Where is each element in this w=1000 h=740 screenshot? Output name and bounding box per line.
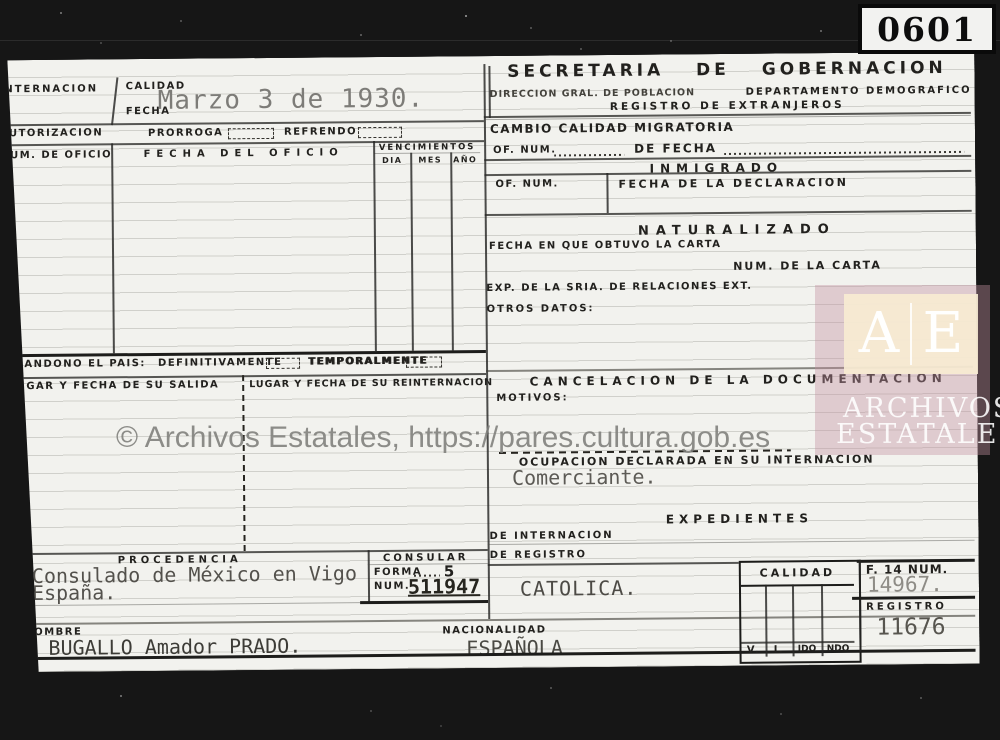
religion-value: CATOLICA. bbox=[520, 576, 638, 601]
temporalmente-checkbox bbox=[406, 356, 442, 367]
secretaria-title: SECRETARIA DE GOBERNACION bbox=[483, 58, 970, 82]
definitivamente-checkbox bbox=[266, 358, 300, 369]
section-line bbox=[360, 600, 488, 604]
dia-label: DIA bbox=[374, 156, 410, 165]
calidad-box-label: CALIDAD bbox=[741, 566, 854, 580]
ae-logo-letter-e: E bbox=[912, 299, 974, 369]
procedencia-value-line2: España. bbox=[32, 580, 117, 605]
de-fecha-label: DE FECHA bbox=[634, 141, 717, 156]
archivos-estatales-logo: A E ARCHIVOS ESTATALES bbox=[815, 285, 990, 455]
cambio-calidad-label: CAMBIO CALIDAD MIGRATORIA bbox=[490, 120, 734, 136]
salida-label: LUGAR Y FECHA DE SU SALIDA bbox=[9, 379, 219, 392]
table-line bbox=[741, 584, 854, 587]
rule-line bbox=[6, 120, 484, 126]
refrendo-checkbox bbox=[358, 127, 402, 138]
de-internacion-label: DE INTERNACION bbox=[489, 530, 613, 542]
table-line bbox=[111, 143, 114, 353]
direccion-poblacion-label: DIRECCION GRAL. DE POBLACION bbox=[490, 87, 695, 100]
box-line bbox=[852, 596, 975, 600]
dust-specks bbox=[120, 695, 122, 697]
column-divider bbox=[242, 375, 245, 551]
box-line bbox=[859, 560, 862, 652]
fecha-value: Marzo 3 de 1930. bbox=[158, 84, 425, 116]
archive-watermark: © Archivos Estatales, https://pares.cult… bbox=[116, 421, 770, 455]
autorizacion-label: AUTORIZACION bbox=[0, 127, 103, 139]
scanned-page: INTERNACION CALIDAD FECHA Marzo 3 de 193… bbox=[0, 0, 1000, 740]
calidad-col-i: I. bbox=[765, 644, 792, 655]
motivos-label: MOTIVOS: bbox=[496, 392, 568, 404]
num-label: NUM. bbox=[374, 581, 410, 592]
ae-logo-letter-a: A bbox=[848, 299, 910, 369]
calidad-col-ido: IDO bbox=[792, 644, 821, 654]
fecha-declaracion-label: FECHA DE LA DECLARACION bbox=[618, 176, 848, 191]
prorroga-checkbox bbox=[228, 128, 274, 139]
naturalizado-label: NATURALIZADO bbox=[567, 221, 907, 239]
num-value: 511947 bbox=[408, 574, 480, 599]
departamento-demografico-label: DEPARTAMENTO DEMOGRAFICO bbox=[746, 85, 972, 98]
abandono-label: ABANDONO EL PAIS: bbox=[6, 358, 146, 370]
registro-value: 11676 bbox=[876, 614, 945, 641]
de-registro-label: DE REGISTRO bbox=[490, 549, 587, 561]
definitivamente-label: DEFINITIVAMENTE bbox=[158, 357, 283, 369]
ocupacion-value: Comerciante. bbox=[512, 465, 657, 490]
registro-label: REGISTRO bbox=[866, 601, 947, 613]
nacionalidad-value: ESPAÑOLA bbox=[466, 635, 563, 660]
dotted-leader bbox=[554, 154, 624, 156]
table-line bbox=[741, 641, 854, 643]
table-line bbox=[606, 173, 608, 213]
rule-line bbox=[368, 563, 488, 565]
folio-number: 0601 bbox=[877, 10, 977, 49]
ae-logo-square: A E bbox=[844, 294, 978, 374]
calidad-box: CALIDAD V. I. IDO NDO bbox=[739, 560, 862, 664]
otros-datos-label: OTROS DATOS: bbox=[486, 303, 594, 315]
logo-word-estatales: ESTATALES bbox=[836, 419, 1000, 450]
table-line bbox=[373, 141, 376, 351]
nacionalidad-label: NACIONALIDAD bbox=[442, 625, 546, 637]
rule-line bbox=[374, 152, 480, 154]
calidad-col-v: V. bbox=[741, 645, 765, 656]
reinternacion-label: LUGAR Y FECHA DE SU REINTERNACION bbox=[249, 377, 493, 390]
ano-label: AÑO bbox=[450, 155, 480, 164]
calidad-col-ndo: NDO bbox=[821, 644, 854, 654]
table-line bbox=[410, 153, 413, 351]
dotted-leader bbox=[724, 151, 964, 155]
folio-number-label: 0601 bbox=[858, 4, 996, 54]
table-line bbox=[450, 152, 453, 350]
expedientes-label: EXPEDIENTES bbox=[569, 510, 909, 527]
fecha-oficio-label: FECHA DEL OFICIO bbox=[116, 147, 371, 160]
mes-label: MES bbox=[410, 155, 450, 164]
internacion-label: INTERNACION bbox=[0, 83, 98, 95]
scan-artifact-line bbox=[0, 40, 1000, 41]
brace-line bbox=[111, 77, 118, 125]
exp-sria-label: EXP. DE LA SRIA. DE RELACIONES EXT. bbox=[486, 281, 752, 294]
num-oficio-label: NUM. DE OFICIO bbox=[0, 149, 112, 161]
f14-num-value: 14967. bbox=[867, 572, 943, 597]
prorroga-label: PRORROGA bbox=[148, 127, 223, 139]
fecha-carta-label: FECHA EN QUE OBTUVO LA CARTA bbox=[489, 239, 722, 252]
rule-line bbox=[488, 562, 739, 566]
refrendo-label: REFRENDO bbox=[284, 126, 357, 138]
of-num-label: OF. NUM. bbox=[493, 144, 556, 156]
rule-line bbox=[485, 210, 972, 216]
num-carta-label: NUM. DE LA CARTA bbox=[733, 259, 882, 273]
of-num2-label: OF. NUM. bbox=[495, 178, 558, 190]
dust-specks bbox=[60, 12, 62, 14]
